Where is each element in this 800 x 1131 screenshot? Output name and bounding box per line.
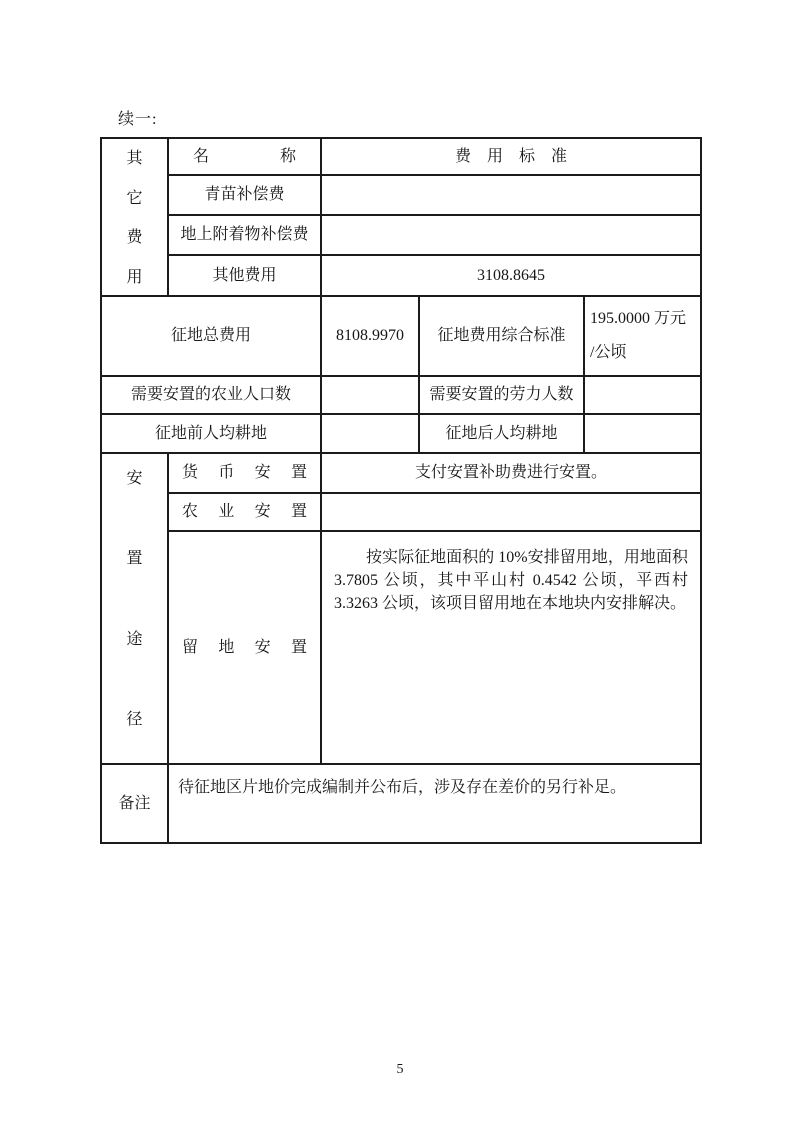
resettlement-char: 置 <box>126 549 142 568</box>
labor-count-value-cell <box>583 375 702 415</box>
farmland-after-label-cell: 征地后人均耕地 <box>418 413 585 454</box>
remarks-label: 备注 <box>118 794 150 813</box>
agri-population-label: 需要安置的农业人口数 <box>131 385 291 404</box>
document-page: 续一: 其 它 费 用 名称 费用标准 青苗补偿费 地上附着物补偿费 其他费用 <box>0 0 800 1131</box>
remarks-content-cell: 待征地区片地价完成编制并公布后，涉及存在差价的另行补足。 <box>167 763 702 844</box>
header-name-label: 名称 <box>169 147 320 166</box>
agricultural-resettlement-content-cell <box>320 492 702 532</box>
farmland-before-label: 征地前人均耕地 <box>155 424 267 443</box>
monetary-resettlement-content: 支付安置补助费进行安置。 <box>415 463 607 482</box>
composite-standard-label-cell: 征地费用综合标准 <box>418 295 585 377</box>
monetary-resettlement-label-cell: 货币安置 <box>167 452 322 494</box>
attachments-label: 地上附着物补偿费 <box>180 225 308 244</box>
composite-standard-value-line2: /公顷 <box>590 336 626 370</box>
total-cost-label-cell: 征地总费用 <box>100 295 322 377</box>
remarks-label-cell: 备注 <box>100 763 169 844</box>
header-fee-standard-cell: 费用标准 <box>320 137 702 176</box>
remarks-content: 待征地区片地价完成编制并公布后，涉及存在差价的另行补足。 <box>178 779 626 796</box>
other-fees-char: 其 <box>126 149 142 168</box>
labor-count-label-cell: 需要安置的劳力人数 <box>418 375 585 415</box>
header-name-cell: 名称 <box>167 137 322 176</box>
misc-fees-value-cell: 3108.8645 <box>320 254 702 297</box>
young-crops-label-cell: 青苗补偿费 <box>167 174 322 216</box>
land-acquisition-table: 其 它 费 用 名称 费用标准 青苗补偿费 地上附着物补偿费 其他费用 3108… <box>100 137 702 844</box>
reserved-land-label: 留地安置 <box>169 638 320 657</box>
misc-fees-label-cell: 其他费用 <box>167 254 322 297</box>
page-number: 5 <box>0 1062 800 1078</box>
other-fees-char: 用 <box>126 268 142 287</box>
composite-standard-label: 征地费用综合标准 <box>437 326 565 345</box>
young-crops-value-cell <box>320 174 702 216</box>
total-cost-label: 征地总费用 <box>171 326 251 345</box>
agricultural-resettlement-label-cell: 农业安置 <box>167 492 322 532</box>
farmland-before-value-cell <box>320 413 420 454</box>
other-fees-side-label: 其 它 费 用 <box>100 137 169 297</box>
agri-population-value-cell <box>320 375 420 415</box>
reserved-land-content-cell: 按实际征地面积的 10%安排留用地，用地面积 3.7805 公顷，其中平山村 0… <box>320 530 702 765</box>
monetary-resettlement-label: 货币安置 <box>169 463 320 482</box>
composite-standard-value-cell: 195.0000 万元 /公顷 <box>583 295 702 377</box>
resettlement-char: 安 <box>126 469 142 488</box>
other-fees-char: 费 <box>126 228 142 247</box>
labor-count-label: 需要安置的劳力人数 <box>429 385 573 404</box>
misc-fees-label: 其他费用 <box>212 266 276 285</box>
agri-population-label-cell: 需要安置的农业人口数 <box>100 375 322 415</box>
resettlement-side-label: 安 置 途 径 <box>100 452 169 765</box>
resettlement-char: 径 <box>126 710 142 729</box>
young-crops-label: 青苗补偿费 <box>204 185 284 204</box>
total-cost-value-cell: 8108.9970 <box>320 295 420 377</box>
other-fees-char: 它 <box>126 189 142 208</box>
attachments-value-cell <box>320 214 702 256</box>
attachments-label-cell: 地上附着物补偿费 <box>167 214 322 256</box>
resettlement-char: 途 <box>126 630 142 649</box>
misc-fees-value: 3108.8645 <box>477 266 545 285</box>
reserved-land-content: 按实际征地面积的 10%安排留用地，用地面积 3.7805 公顷，其中平山村 0… <box>334 549 688 612</box>
farmland-before-label-cell: 征地前人均耕地 <box>100 413 322 454</box>
total-cost-value: 8108.9970 <box>336 326 404 345</box>
agricultural-resettlement-label: 农业安置 <box>169 502 320 521</box>
monetary-resettlement-content-cell: 支付安置补助费进行安置。 <box>320 452 702 494</box>
farmland-after-value-cell <box>583 413 702 454</box>
header-fee-standard-label: 费用标准 <box>455 147 583 166</box>
farmland-after-label: 征地后人均耕地 <box>445 424 557 443</box>
composite-standard-value-line1: 195.0000 万元 <box>590 302 686 336</box>
reserved-land-label-cell: 留地安置 <box>167 530 322 765</box>
continuation-label: 续一: <box>118 106 157 129</box>
